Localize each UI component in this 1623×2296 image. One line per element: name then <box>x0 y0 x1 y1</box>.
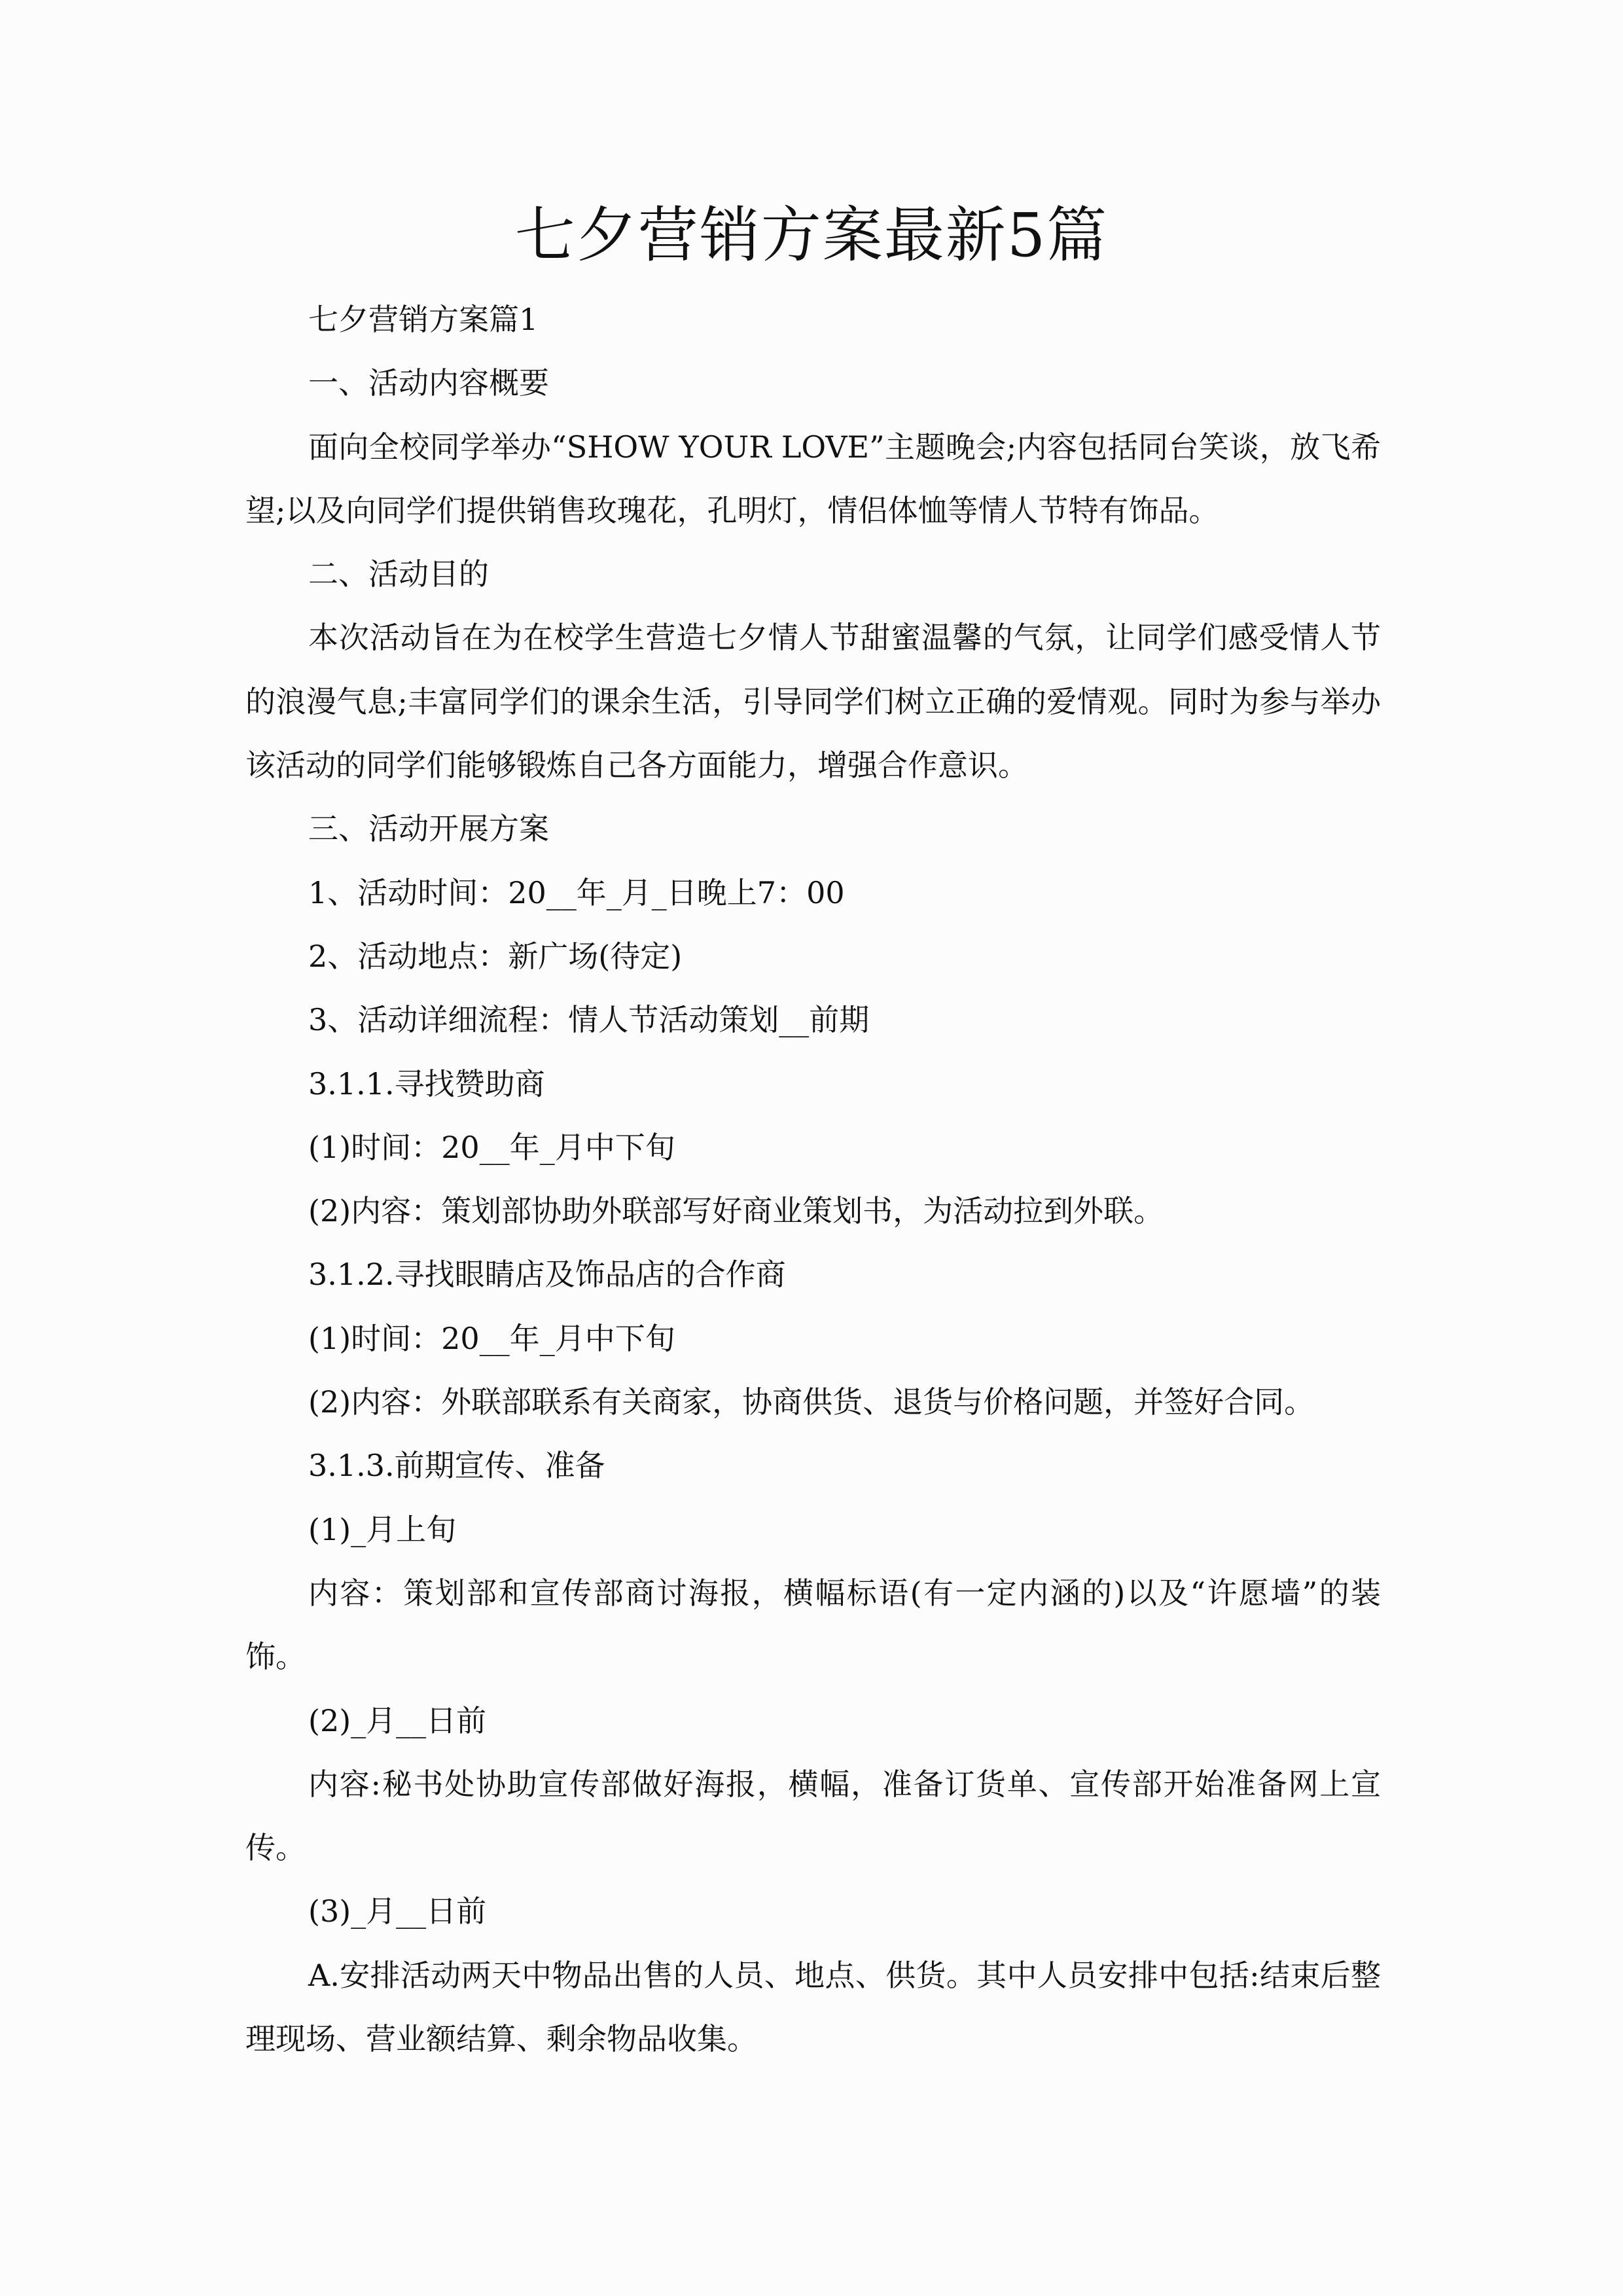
list-item-promotion-1: (1)_月上旬 <box>245 1498 1381 1562</box>
document-title: 七夕营销方案最新5篇 <box>0 196 1623 275</box>
subsection-sponsors: 3.1.1.寻找赞助商 <box>245 1052 1381 1116</box>
list-item-time: 1、活动时间：20__年_月_日晚上7：00 <box>245 861 1381 925</box>
list-item-sponsors-content: (2)内容：策划部协助外联部写好商业策划书，为活动拉到外联。 <box>245 1179 1381 1243</box>
paragraph-purpose: 本次活动旨在为在校学生营造七夕情人节甜蜜温馨的气氛，让同学们感受情人节的浪漫气息… <box>245 606 1381 797</box>
list-item-sponsors-time: (1)时间：20__年_月中下旬 <box>245 1116 1381 1179</box>
list-item-process: 3、活动详细流程：情人节活动策划__前期 <box>245 988 1381 1052</box>
section-heading-plan: 三、活动开展方案 <box>245 797 1381 861</box>
list-item-promotion-2: (2)_月__日前 <box>245 1689 1381 1753</box>
subsection-partners: 3.1.2.寻找眼睛店及饰品店的合作商 <box>245 1243 1381 1306</box>
section-heading-purpose: 二、活动目的 <box>245 543 1381 606</box>
document-body: 七夕营销方案篇1 一、活动内容概要 面向全校同学举办“SHOW YOUR LOV… <box>245 288 1381 2071</box>
list-item-location: 2、活动地点：新广场(待定) <box>245 925 1381 988</box>
subsection-promotion: 3.1.3.前期宣传、准备 <box>245 1434 1381 1498</box>
document-page: 七夕营销方案最新5篇 七夕营销方案篇1 一、活动内容概要 面向全校同学举办“SH… <box>0 0 1623 2296</box>
list-item-promotion-3: (3)_月__日前 <box>245 1880 1381 1943</box>
paragraph-overview: 面向全校同学举办“SHOW YOUR LOVE”主题晚会;内容包括同台笑谈，放飞… <box>245 416 1381 543</box>
section-heading-overview: 一、活动内容概要 <box>245 351 1381 415</box>
paragraph-promotion-2-content: 内容:秘书处协助宣传部做好海报，横幅，准备订货单、宣传部开始准备网上宣传。 <box>245 1753 1381 1880</box>
list-item-partners-content: (2)内容：外联部联系有关商家，协商供货、退货与价格问题，并签好合同。 <box>245 1371 1381 1434</box>
section-subtitle: 七夕营销方案篇1 <box>245 288 1381 351</box>
paragraph-promotion-1-content: 内容：策划部和宣传部商讨海报，横幅标语(有一定内涵的)以及“许愿墙”的装饰。 <box>245 1562 1381 1689</box>
list-item-partners-time: (1)时间：20__年_月中下旬 <box>245 1307 1381 1371</box>
paragraph-promotion-3-content: A.安排活动两天中物品出售的人员、地点、供货。其中人员安排中包括:结束后整理现场… <box>245 1944 1381 2072</box>
